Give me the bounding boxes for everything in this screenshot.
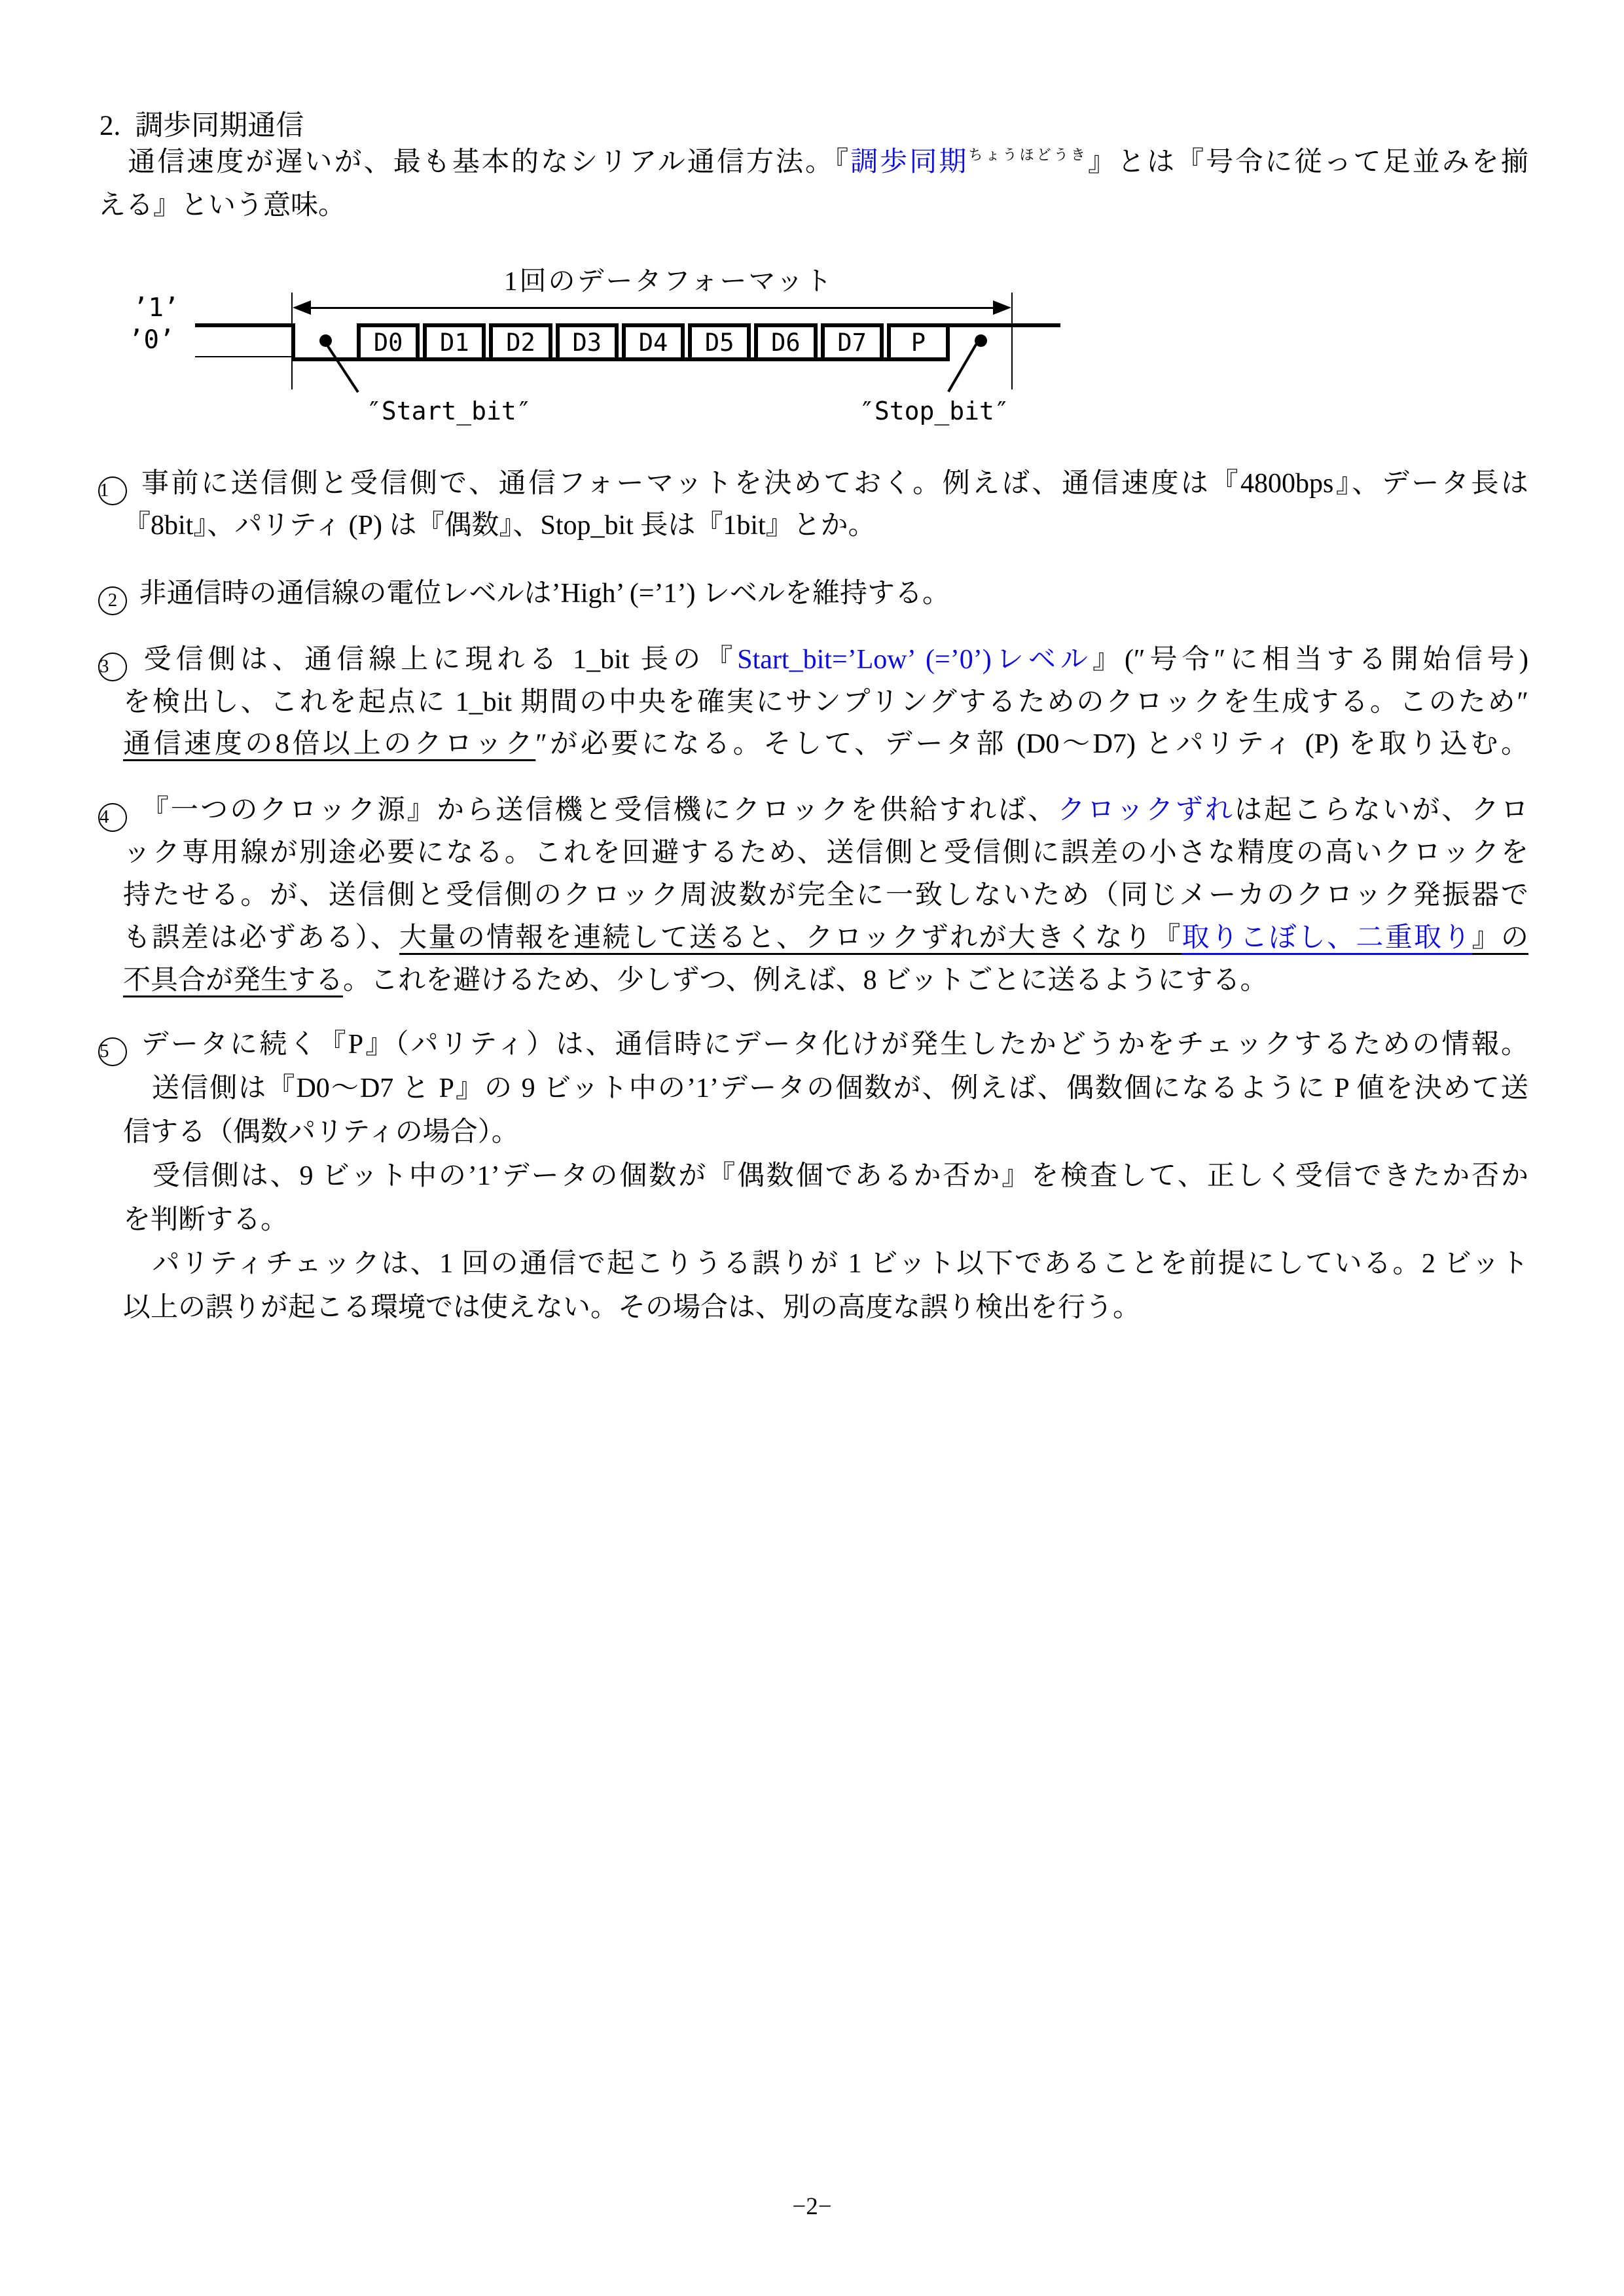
highlight-text: Start_bit=’Low’ (=’0’)レベル <box>737 645 1092 675</box>
text-run: 受信側は、通信線上に現れる 1_bit 長の『 <box>132 645 737 675</box>
text-run: 以上の誤りが起こる環境では使えない。その場合は、別の高度な誤り検出を行う。 <box>123 1293 1140 1323</box>
text-run: 信する（偶数パリティの場合）。 <box>123 1117 519 1147</box>
start-bit-dot <box>319 334 332 347</box>
text-line: パリティチェックは、1 回の通信で起こりうる誤りが 1 ビット以下であることを前… <box>98 1242 1528 1286</box>
bit-cell: D7 <box>821 323 884 361</box>
text-line: 信する（偶数パリティの場合）。 <box>98 1111 1528 1155</box>
page-number: −2− <box>0 2193 1624 2221</box>
text-run: 持たせる。が、送信側と受信側のクロック周波数が完全に一致しないため（同じメーカの… <box>123 880 1528 910</box>
text-run: える』という意味。 <box>98 190 346 221</box>
text-run: 受信側は、9 ビット中の’1’データの個数が『偶数個であるか否か』を検査して、正… <box>123 1161 1528 1191</box>
bit-cell: D1 <box>423 323 486 361</box>
highlight-text: 調歩同期 <box>850 147 968 177</box>
signal-high-right <box>948 323 1060 327</box>
start-bit-label: ″Start_bit″ <box>367 397 532 425</box>
span-arrow-line <box>307 307 1000 309</box>
text-run: 非通信時の通信線の電位レベルは’High’ (=’1’) レベルを維持する。 <box>132 579 950 609</box>
text-run: 通信速度の8倍以上のクロック <box>123 729 535 759</box>
text-line: も誤差は必ずある）、大量の情報を連続して送ると、クロックずれが大きくなり『取りこ… <box>98 917 1528 960</box>
highlight-text: 取りこぼし、二重取り <box>1182 923 1472 953</box>
text-line: 不具合が発生する。これを避けるため、少しずつ、例えば、8 ビットごとに送るように… <box>98 960 1528 1002</box>
signal-low-reference <box>195 356 293 357</box>
stop-bit-pointer-line <box>947 344 977 393</box>
text-line: える』という意味。 <box>98 186 1528 225</box>
text-line: 2 非通信時の通信線の電位レベルは’High’ (=’1’) レベルを維持する。 <box>98 573 1528 615</box>
section-number: 2. <box>99 111 120 141</box>
span-tick-right <box>1011 293 1013 389</box>
ruby-text: ちょうほどうき <box>968 147 1088 163</box>
text-run: パリティチェックは、1 回の通信で起こりうる誤りが 1 ビット以下であることを前… <box>123 1249 1528 1279</box>
text-line: ック専用線が別途必要になる。これを回避するため、送信側と受信側に誤差の小さな精度… <box>98 832 1528 874</box>
signal-high-left <box>195 323 293 327</box>
text-run: ″が必要になる。そして、データ部 (D0〜D7) とパリティ (P) を取り込む… <box>535 729 1528 759</box>
item-4-paragraph: 4 『一つのクロック源』から送信機と受信機にクロックを供給すれば、クロックずれは… <box>98 789 1528 1002</box>
signal-falling-edge <box>291 323 295 361</box>
text-line: 通信速度が遅いが、最も基本的なシリアル通信方法。『調歩同期ちょうほどうき』とは『… <box>98 143 1528 186</box>
text-run: を判断する。 <box>123 1205 288 1235</box>
arrowhead-left-icon <box>293 300 311 315</box>
bit-boxes-row: D0D1D2D3D4D5D6D7P <box>357 323 950 361</box>
item-2-paragraph: 2 非通信時の通信線の電位レベルは’High’ (=’1’) レベルを維持する。 <box>98 573 1528 615</box>
text-run: 。これを避けるため、少しずつ、例えば、8 ビットごとに送るようにする。 <box>343 965 1267 996</box>
text-run: 大量の情報を連続して送ると、クロックずれが大きくなり『 <box>399 923 1182 953</box>
section-title: 調歩同期通信 <box>135 111 304 141</box>
text-line: 3 受信側は、通信線上に現れる 1_bit 長の『Start_bit=’Low’… <box>98 639 1528 681</box>
text-line: 1 事前に送信側と受信側で、通信フォーマットを決めておく。例えば、通信速度は『4… <box>98 463 1528 505</box>
text-run: 『8bit』、パリティ (P) は『偶数』、Stop_bit 長は『1bit』と… <box>123 511 876 541</box>
text-line: 『8bit』、パリティ (P) は『偶数』、Stop_bit 長は『1bit』と… <box>98 505 1528 547</box>
text-line: 持たせる。が、送信側と受信側のクロック周波数が完全に一致しないため（同じメーカの… <box>98 874 1528 917</box>
bit-cell: D5 <box>688 323 751 361</box>
text-line: 送信側は『D0〜D7 と P』の 9 ビット中の’1’データの個数が、例えば、偶… <box>98 1067 1528 1111</box>
text-run: 送信側は『D0〜D7 と P』の 9 ビット中の’1’データの個数が、例えば、偶… <box>123 1073 1528 1103</box>
text-line: 以上の誤りが起こる環境では使えない。その場合は、別の高度な誤り検出を行う。 <box>98 1286 1528 1330</box>
bit-cell: D4 <box>622 323 685 361</box>
text-run: は起こらないが、クロ <box>1235 795 1528 825</box>
text-line: を検出し、これを起点に 1_bit 期間の中央を確実にサンプリングするためのクロ… <box>98 681 1528 723</box>
text-run: を検出し、これを起点に 1_bit 期間の中央を確実にサンプリングするためのクロ… <box>123 687 1528 717</box>
section-heading: 2.調歩同期通信 <box>99 103 304 143</box>
text-line: 5 データに続く『P』（パリティ）は、通信時にデータ化けが発生したかどうかをチェ… <box>98 1023 1528 1067</box>
text-run: も誤差は必ずある）、 <box>123 923 399 953</box>
item-3-paragraph: 3 受信側は、通信線上に現れる 1_bit 長の『Start_bit=’Low’… <box>98 639 1528 765</box>
intro-paragraph: 通信速度が遅いが、最も基本的なシリアル通信方法。『調歩同期ちょうほどうき』とは『… <box>98 143 1528 225</box>
item-number-badge: 5 <box>98 1037 127 1066</box>
bit-cell: D2 <box>489 323 552 361</box>
diagram-caption: 1回のデータフォーマット <box>504 259 834 298</box>
text-line: 4 『一つのクロック源』から送信機と受信機にクロックを供給すれば、クロックずれは… <box>98 789 1528 832</box>
start-bit-pointer-line <box>327 345 359 393</box>
bit-cell: D3 <box>556 323 619 361</box>
text-run: データに続く『P』（パリティ）は、通信時にデータ化けが発生したかどうかをチェック… <box>132 1030 1528 1060</box>
text-run: 『一つのクロック源』から送信機と受信機にクロックを供給すれば、 <box>132 795 1058 825</box>
item-number-badge: 2 <box>98 586 127 615</box>
bit-cell: D0 <box>357 323 420 361</box>
text-run: 』(″号令″に相当する開始信号) <box>1092 645 1528 675</box>
text-line: 通信速度の8倍以上のクロック″が必要になる。そして、データ部 (D0〜D7) と… <box>98 723 1528 765</box>
text-run: 不具合が発生する <box>123 965 343 996</box>
text-run: 』とは『号令に従って足並みを揃 <box>1088 147 1528 177</box>
stop-bit-label: ″Stop_bit″ <box>859 397 1009 425</box>
text-run: 事前に送信側と受信側で、通信フォーマットを決めておく。例えば、通信速度は『480… <box>132 469 1528 499</box>
item-5-paragraph: 5 データに続く『P』（パリティ）は、通信時にデータ化けが発生したかどうかをチェ… <box>98 1023 1528 1330</box>
item-number-badge: 1 <box>98 476 127 505</box>
document-page: 2.調歩同期通信 通信速度が遅いが、最も基本的なシリアル通信方法。『調歩同期ちょ… <box>0 0 1624 2296</box>
bit-cell: D6 <box>754 323 817 361</box>
signal-level-low-label: ’0’ <box>128 325 174 355</box>
bit-cell: P <box>887 323 950 361</box>
text-line: 受信側は、9 ビット中の’1’データの個数が『偶数個であるか否か』を検査して、正… <box>98 1155 1528 1198</box>
signal-level-high-label: ’1’ <box>133 293 179 323</box>
text-run: 通信速度が遅いが、最も基本的なシリアル通信方法。『 <box>98 147 850 177</box>
item-number-badge: 4 <box>98 803 127 832</box>
text-run: 』の <box>1472 923 1528 953</box>
item-number-badge: 3 <box>98 653 127 681</box>
arrowhead-right-icon <box>993 300 1011 315</box>
text-run: ック専用線が別途必要になる。これを回避するため、送信側と受信側に誤差の小さな精度… <box>123 838 1528 868</box>
item-1-paragraph: 1 事前に送信側と受信側で、通信フォーマットを決めておく。例えば、通信速度は『4… <box>98 463 1528 547</box>
highlight-text: クロックずれ <box>1058 795 1235 825</box>
text-line: を判断する。 <box>98 1198 1528 1242</box>
